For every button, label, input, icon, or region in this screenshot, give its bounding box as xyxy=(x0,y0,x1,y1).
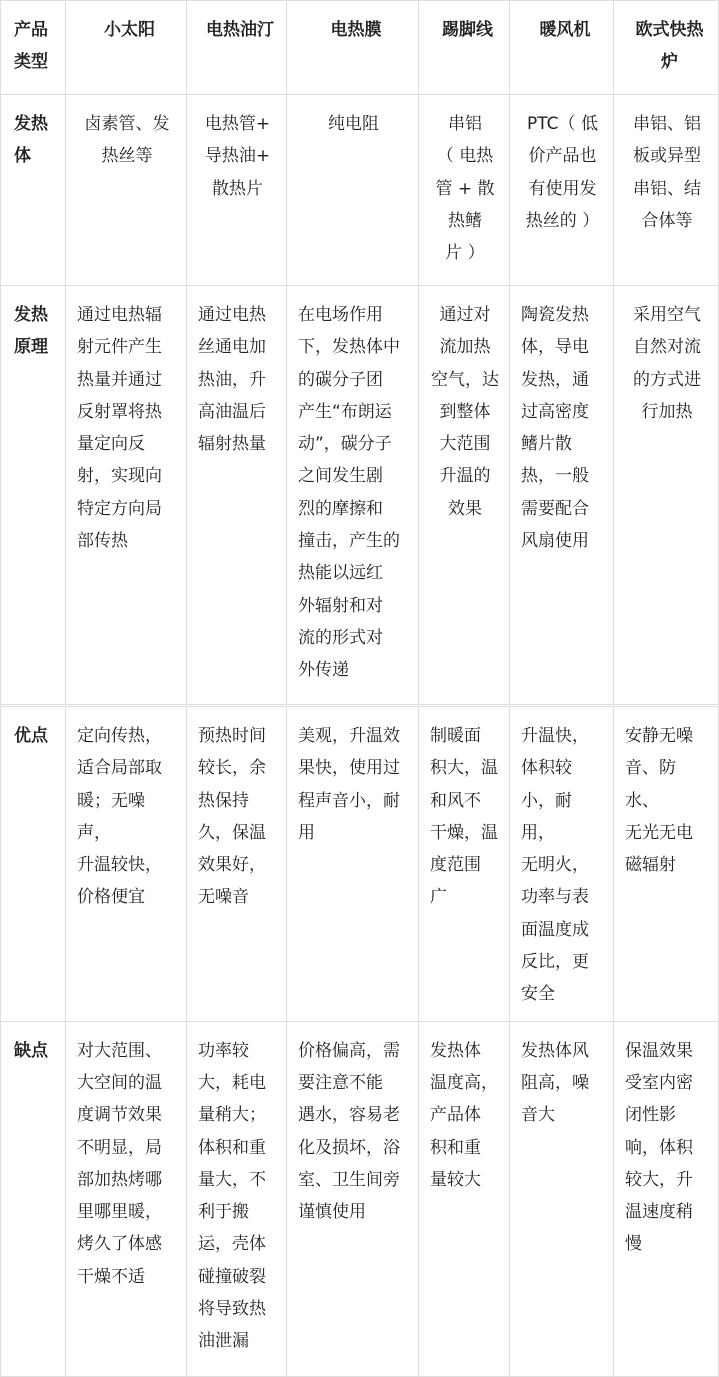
table-cell: 发热体风 阻高，噪 音大 xyxy=(510,1021,614,1352)
table-cell: 卤素管、发 热丝等 xyxy=(66,95,187,286)
table-row-heating-element: 发热 体 卤素管、发 热丝等 电热管+ 导热油+ 散热片 纯电阻 串铝 （ 电热… xyxy=(1,95,719,286)
row-header-disadvantages: 缺点 xyxy=(1,1021,66,1352)
table-cell: PTC（ 低 价产品也 有使用发 热丝的 ） xyxy=(510,95,614,286)
table-row-disadvantages: 缺点 对大范围、 大空间的温 度调节效果 不明显，局 部加热烤哪 里哪里暖， 烤… xyxy=(1,1021,719,1352)
table-cell: 价格偏高，需 要注意不能 遇水，容易老 化及损坏，浴 室、卫生间旁 谨慎使用 xyxy=(287,1021,419,1352)
column-header-small-sun: 小太阳 xyxy=(66,1,187,95)
table-cell: 采用空气 自然对流 的方式进 行加热 xyxy=(614,286,719,705)
table-cell: 陶瓷发热 体，导电 发热，通 过高密度 鳍片散 热，一般 需要配合 风扇使用 xyxy=(510,286,614,705)
table-cell: 在电场作用 下，发热体中 的碳分子团 产生“布朗运 动”，碳分子 之间发生剧 烈… xyxy=(287,286,419,705)
table-cell: 发热体 温度高， 产品体 积和重 量较大 xyxy=(419,1021,510,1352)
table-cell: 通过电热辐 射元件产生 热量并通过 反射罩将热 量定向反 射，实现向 特定方向局… xyxy=(66,286,187,705)
row-header-heating-element: 发热 体 xyxy=(1,95,66,286)
column-header-fan-heater: 暖风机 xyxy=(510,1,614,95)
column-header-baseboard-heater: 踢脚线 xyxy=(419,1,510,95)
table-cell: 功率较 大，耗电 量稍大； 体积和重 量大，不 利于搬 运，壳体 碰撞破裂 将导… xyxy=(187,1021,287,1352)
table-cell: 升温快， 体积较 小，耐用， 无明火， 功率与表 面温度成 反比，更 安全 xyxy=(510,707,614,1022)
table-cell: 电热管+ 导热油+ 散热片 xyxy=(187,95,287,286)
table-cell: 美观，升温效 果快，使用过 程声音小，耐 用 xyxy=(287,707,419,1022)
table-cell: 纯电阻 xyxy=(287,95,419,286)
table-cell: 制暖面 积大，温 和风不 干燥，温 度范围 广 xyxy=(419,707,510,1022)
column-header-oil-heater: 电热油汀 xyxy=(187,1,287,95)
header-row: 产品 类型 小太阳 电热油汀 电热膜 踢脚线 暖风机 欧式快热 炉 xyxy=(1,1,719,95)
heater-comparison-table-part-1: 产品 类型 小太阳 电热油汀 电热膜 踢脚线 暖风机 欧式快热 炉 发热 体 卤… xyxy=(0,0,719,705)
table-cell: 串铝 （ 电热 管 + 散 热鳍 片 ） xyxy=(419,95,510,286)
table-row-heating-principle: 发热 原理 通过电热辐 射元件产生 热量并通过 反射罩将热 量定向反 射，实现向… xyxy=(1,286,719,705)
table-cell: 通过对 流加热 空气，达 到整体 大范围 升温的 效果 xyxy=(419,286,510,705)
table-row-advantages: 优点 定向传热， 适合局部取 暖；无噪声， 升温较快， 价格便宜 预热时间 较长… xyxy=(1,707,719,1022)
column-header-euro-convector: 欧式快热 炉 xyxy=(614,1,719,95)
table-cell: 定向传热， 适合局部取 暖；无噪声， 升温较快， 价格便宜 xyxy=(66,707,187,1022)
table-cell: 串铝、铝 板或异型 串铝、结 合体等 xyxy=(614,95,719,286)
row-header-heating-principle: 发热 原理 xyxy=(1,286,66,705)
table-cell: 预热时间 较长，余 热保持 久，保温 效果好， 无噪音 xyxy=(187,707,287,1022)
table-cell: 保温效果 受室内密 闭性影 响，体积 较大，升 温速度稍 慢 xyxy=(614,1021,719,1352)
row-header-advantages: 优点 xyxy=(1,707,66,1022)
row-header-product-type: 产品 类型 xyxy=(1,1,66,95)
column-header-heating-film: 电热膜 xyxy=(287,1,419,95)
table-cell: 对大范围、 大空间的温 度调节效果 不明显，局 部加热烤哪 里哪里暖， 烤久了体… xyxy=(66,1021,187,1352)
table-cell: 通过电热 丝通电加 热油，升 高油温后 辐射热量 xyxy=(187,286,287,705)
table-cell: 安静无噪 音、防水、 无光无电 磁辐射 xyxy=(614,707,719,1022)
heater-comparison-table-part-2: 优点 定向传热， 适合局部取 暖；无噪声， 升温较快， 价格便宜 预热时间 较长… xyxy=(0,706,719,1352)
